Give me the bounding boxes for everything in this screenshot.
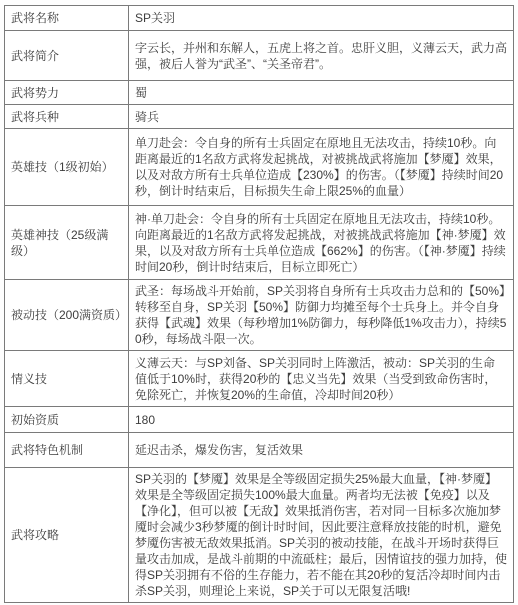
row-general-intro: 武将简介 字云长，并州和东解人，五虎上将之首。忠肝义胆，义薄云天，武力高强，被后… xyxy=(5,31,514,81)
row-label: 武将兵种 xyxy=(5,105,129,129)
row-passive-skill: 被动技（200满资质） 武圣：每场战斗开始前，SP关羽将自身所有士兵攻击力总和的… xyxy=(5,280,514,351)
row-value: 义薄云天：与SP刘备、SP关羽同时上阵激活，被动：SP关羽的生命值低于10%时，… xyxy=(129,351,514,407)
row-strategy-guide: 武将攻略 SP关羽的【梦魇】效果是全等级固定损失25%最大血量，【神·梦魇】效果… xyxy=(5,468,514,603)
row-label: 初始资质 xyxy=(5,407,129,433)
row-label: 武将名称 xyxy=(5,6,129,31)
row-special-mechanics: 武将特色机制 延迟击杀，爆发伤害，复活效果 xyxy=(5,433,514,468)
row-value: 单刀赴会：令自身的所有士兵固定在原地且无法攻击，持续10秒。向距离最近的1名敌方… xyxy=(129,129,514,206)
row-faction: 武将势力 蜀 xyxy=(5,81,514,105)
row-value: 180 xyxy=(129,407,514,433)
row-value: 延迟击杀，爆发伤害，复活效果 xyxy=(129,433,514,468)
row-label: 武将特色机制 xyxy=(5,433,129,468)
row-hero-skill: 英雄技（1级初始） 单刀赴会：令自身的所有士兵固定在原地且无法攻击，持续10秒。… xyxy=(5,129,514,206)
row-initial-aptitude: 初始资质 180 xyxy=(5,407,514,433)
row-hero-god-skill: 英雄神技（25级满级） 神·单刀赴会：令自身的所有士兵固定在原地且无法攻击，持续… xyxy=(5,206,514,280)
row-value: 字云长，并州和东解人，五虎上将之首。忠肝义胆，义薄云天，武力高强，被后人誉为“武… xyxy=(129,31,514,81)
general-info-table: 武将名称 SP关羽 武将简介 字云长，并州和东解人，五虎上将之首。忠肝义胆，义薄… xyxy=(4,5,514,603)
row-label: 情义技 xyxy=(5,351,129,407)
row-label: 武将简介 xyxy=(5,31,129,81)
row-label: 被动技（200满资质） xyxy=(5,280,129,351)
row-value: SP关羽的【梦魇】效果是全等级固定损失25%最大血量，【神·梦魇】效果是全等级固… xyxy=(129,468,514,603)
row-value: 神·单刀赴会：令自身的所有士兵固定在原地且无法攻击，持续10秒。向距离最近的1名… xyxy=(129,206,514,280)
row-troop-type: 武将兵种 骑兵 xyxy=(5,105,514,129)
row-bond-skill: 情义技 义薄云天：与SP刘备、SP关羽同时上阵激活，被动：SP关羽的生命值低于1… xyxy=(5,351,514,407)
row-value: 蜀 xyxy=(129,81,514,105)
row-value: 武圣：每场战斗开始前，SP关羽将自身所有士兵攻击力总和的【50%】转移至自身，S… xyxy=(129,280,514,351)
row-label: 英雄神技（25级满级） xyxy=(5,206,129,280)
row-label: 英雄技（1级初始） xyxy=(5,129,129,206)
row-value: 骑兵 xyxy=(129,105,514,129)
row-general-name: 武将名称 SP关羽 xyxy=(5,6,514,31)
row-label: 武将攻略 xyxy=(5,468,129,603)
row-value: SP关羽 xyxy=(129,6,514,31)
row-label: 武将势力 xyxy=(5,81,129,105)
